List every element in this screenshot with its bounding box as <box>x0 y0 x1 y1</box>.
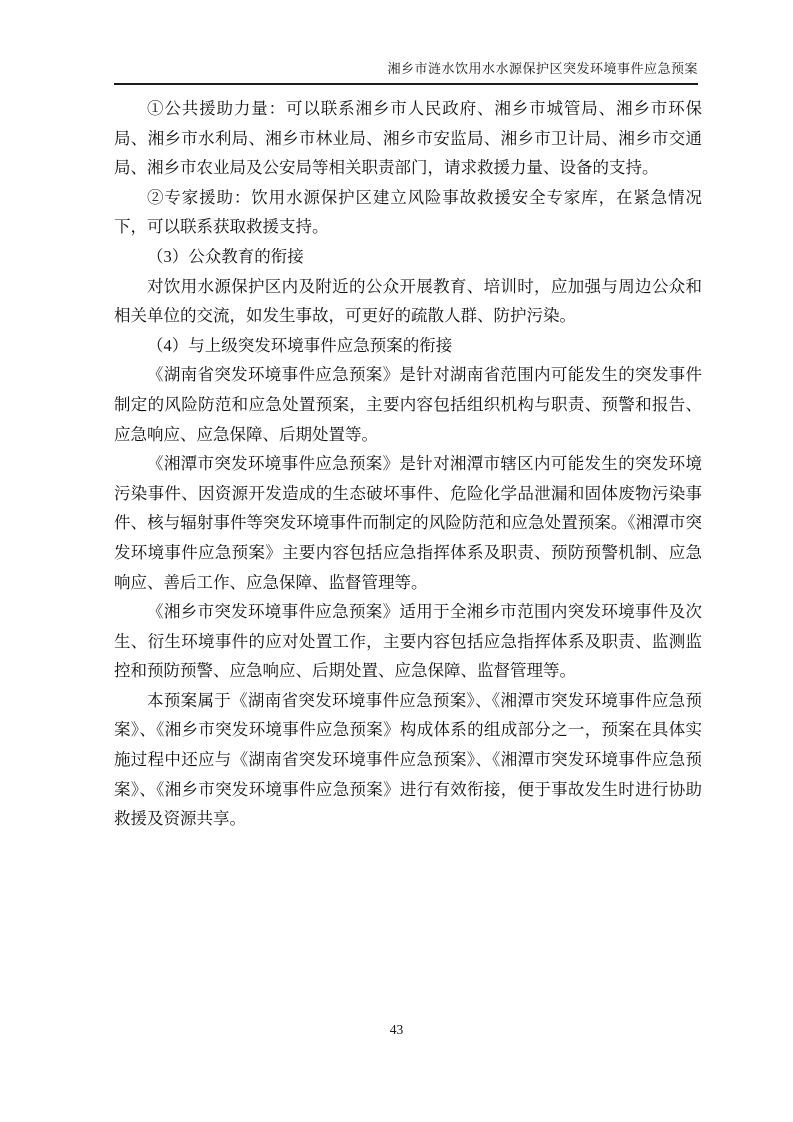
page-footer: 43 <box>0 1022 793 1038</box>
document-body: ①公共援助力量：可以联系湘乡市人民政府、湘乡市城管局、湘乡市环保局、湘乡市水利局… <box>114 94 702 834</box>
page-number: 43 <box>390 1022 404 1037</box>
paragraph: 《湘乡市突发环境事件应急预案》适用于全湘乡市范围内突发环境事件及次生、衍生环境事… <box>114 597 702 686</box>
header-title: 湘乡市涟水饮用水水源保护区突发环境事件应急预案 <box>387 61 698 76</box>
paragraph: 《湘潭市突发环境事件应急预案》是针对湘潭市辖区内可能发生的突发环境污染事件、因资… <box>114 449 702 597</box>
paragraph: 对饮用水源保护区内及附近的公众开展教育、培训时，应加强与周边公众和相关单位的交流… <box>114 272 702 331</box>
paragraph: ①公共援助力量：可以联系湘乡市人民政府、湘乡市城管局、湘乡市环保局、湘乡市水利局… <box>114 94 702 183</box>
document-page: 湘乡市涟水饮用水水源保护区突发环境事件应急预案 ①公共援助力量：可以联系湘乡市人… <box>0 0 793 1122</box>
paragraph: 本预案属于《湖南省突发环境事件应急预案》、《湘潭市突发环境事件应急预案》、《湘乡… <box>114 686 702 834</box>
paragraph: ②专家援助：饮用水源保护区建立风险事故救援安全专家库，在紧急情况下，可以联系获取… <box>114 183 702 242</box>
paragraph: （4）与上级突发环境事件应急预案的衔接 <box>114 331 702 361</box>
paragraph: （3）公众教育的衔接 <box>114 242 702 272</box>
paragraph: 《湖南省突发环境事件应急预案》是针对湖南省范围内可能发生的突发事件制定的风险防范… <box>114 360 702 449</box>
page-header: 湘乡市涟水饮用水水源保护区突发环境事件应急预案 <box>114 60 698 85</box>
